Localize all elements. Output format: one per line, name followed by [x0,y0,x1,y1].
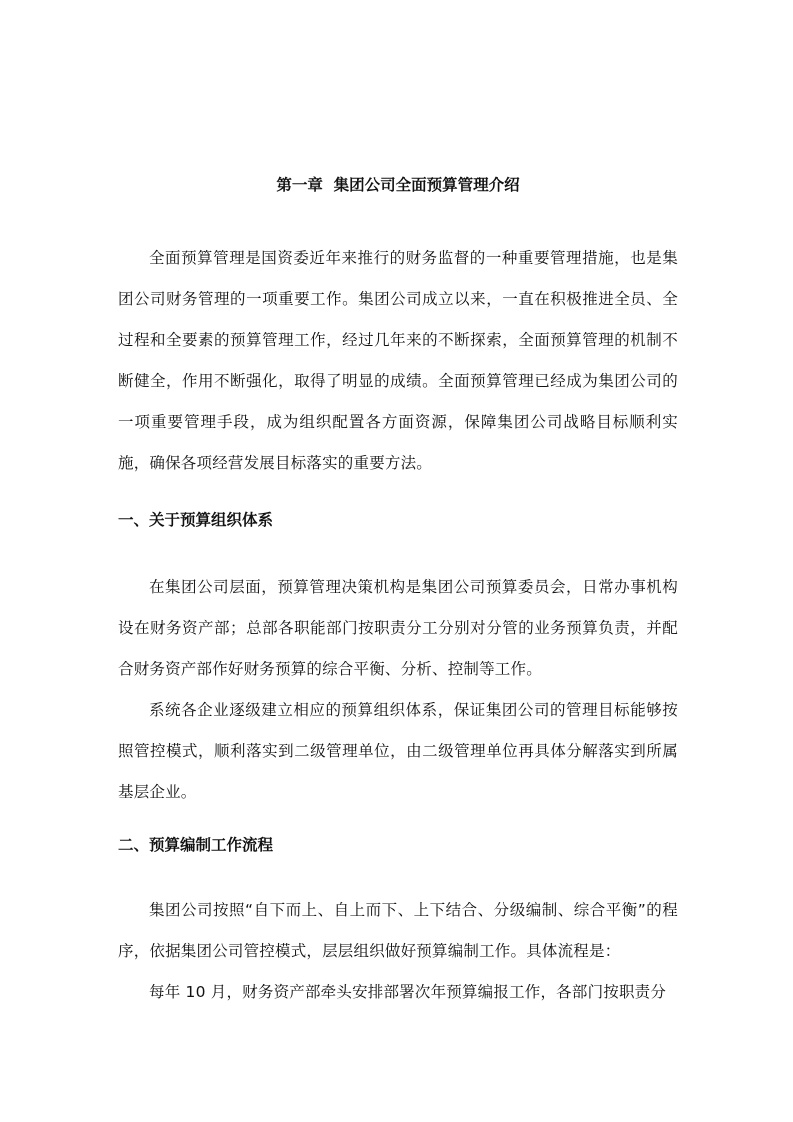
section-heading-budget-organization: 一、关于预算组织体系 [118,509,678,531]
org-paragraph-group-level: 在集团公司层面，预算管理决策机构是集团公司预算委员会，日常办事机构设在财务资产部… [118,567,678,690]
workflow-paragraph-october: 每年 10 月，财务资产部牵头安排部署次年预算编报工作，各部门按职责分 [118,972,678,1013]
workflow-paragraph-principles: 集团公司按照“自下而上、自上而下、上下结合、分级编制、综合平衡”的程序，依据集团… [118,890,678,972]
section-heading-budget-workflow: 二、预算编制工作流程 [118,834,678,856]
chapter-title: 第一章 集团公司全面预算管理介绍 [118,174,678,196]
org-paragraph-enterprise-level: 系统各企业逐级建立相应的预算组织体系，保证集团公司的管理目标能够按照管控模式，顺… [118,690,678,813]
intro-paragraph: 全面预算管理是国资委近年来推行的财务监督的一种重要管理措施，也是集团公司财务管理… [118,238,678,484]
